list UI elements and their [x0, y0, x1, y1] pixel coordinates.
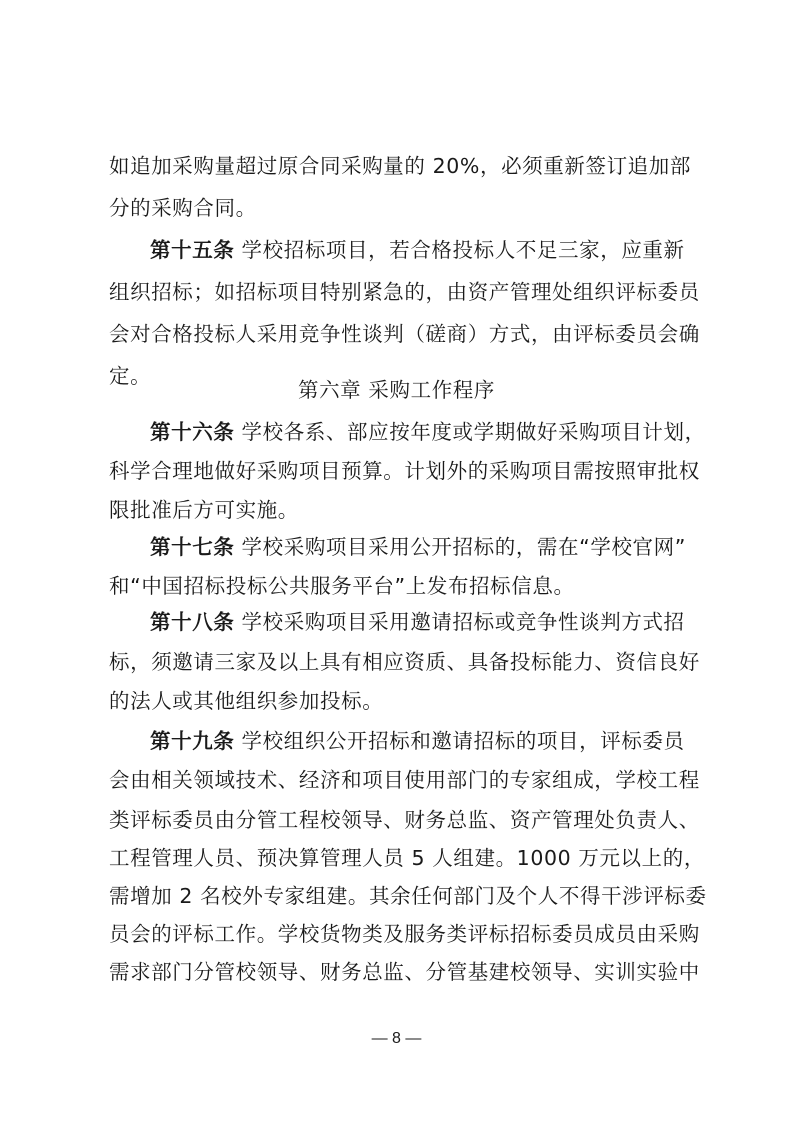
article-text: 学校组织公开招标和邀请招标的项目，评标委员 — [234, 729, 684, 753]
paragraph-line: 员会的评标工作。学校货物类及服务类评标招标委员成员由采购 — [109, 920, 689, 948]
chapter-heading: 第六章 采购工作程序 — [0, 376, 793, 404]
article-label: 第十八条 — [150, 610, 234, 634]
document-page: 如追加采购量超过原合同采购量的 20%，必须重新签订追加部 分的采购合同。 第十… — [0, 0, 793, 1122]
paragraph-line: 需增加 2 名校外专家组建。其余任何部门及个人不得干涉评标委 — [109, 882, 689, 910]
paragraph-line: 分的采购合同。 — [109, 194, 689, 222]
paragraph-line: 科学合理地做好采购项目预算。计划外的采购项目需按照审批权 — [109, 457, 689, 485]
paragraph-line: 需求部门分管校领导、财务总监、分管基建校领导、实训实验中 — [109, 958, 689, 986]
article-19-first-line: 第十九条 学校组织公开招标和邀请招标的项目，评标委员 — [150, 727, 730, 755]
paragraph-line: 的法人或其他组织参加投标。 — [109, 687, 689, 715]
article-text: 学校各系、部应按年度或学期做好采购项目计划， — [234, 420, 705, 444]
article-text: 学校采购项目采用邀请招标或竞争性谈判方式招 — [234, 610, 684, 634]
paragraph-line: 组织招标；如招标项目特别紧急的，由资产管理处组织评标委员 — [109, 278, 689, 306]
paragraph-line: 和“中国招标投标公共服务平台”上发布招标信息。 — [109, 572, 689, 600]
paragraph-line: 会对合格投标人采用竞争性谈判（磋商）方式，由评标委员会确 — [109, 320, 689, 348]
article-label: 第十九条 — [150, 729, 234, 753]
article-label: 第十六条 — [150, 420, 234, 444]
article-15-first-line: 第十五条 学校招标项目，若合格投标人不足三家，应重新 — [150, 236, 730, 264]
paragraph-line: 工程管理人员、预决算管理人员 5 人组建。1000 万元以上的， — [109, 844, 689, 872]
article-16-first-line: 第十六条 学校各系、部应按年度或学期做好采购项目计划， — [150, 418, 730, 446]
article-17-first-line: 第十七条 学校采购项目采用公开招标的，需在“学校官网” — [150, 533, 730, 561]
article-text: 学校招标项目，若合格投标人不足三家，应重新 — [234, 238, 684, 262]
article-label: 第十五条 — [150, 238, 234, 262]
article-text: 学校采购项目采用公开招标的，需在“学校官网” — [234, 535, 686, 559]
page-number: — 8 — — [0, 1030, 793, 1048]
paragraph-line: 如追加采购量超过原合同采购量的 20%，必须重新签订追加部 — [109, 152, 689, 180]
article-18-first-line: 第十八条 学校采购项目采用邀请招标或竞争性谈判方式招 — [150, 608, 730, 636]
paragraph-line: 类评标委员由分管工程校领导、财务总监、资产管理处负责人、 — [109, 806, 689, 834]
paragraph-line: 会由相关领域技术、经济和项目使用部门的专家组成，学校工程 — [109, 766, 689, 794]
article-label: 第十七条 — [150, 535, 234, 559]
paragraph-line: 标，须邀请三家及以上具有相应资质、具备投标能力、资信良好 — [109, 648, 689, 676]
paragraph-line: 限批准后方可实施。 — [109, 496, 689, 524]
